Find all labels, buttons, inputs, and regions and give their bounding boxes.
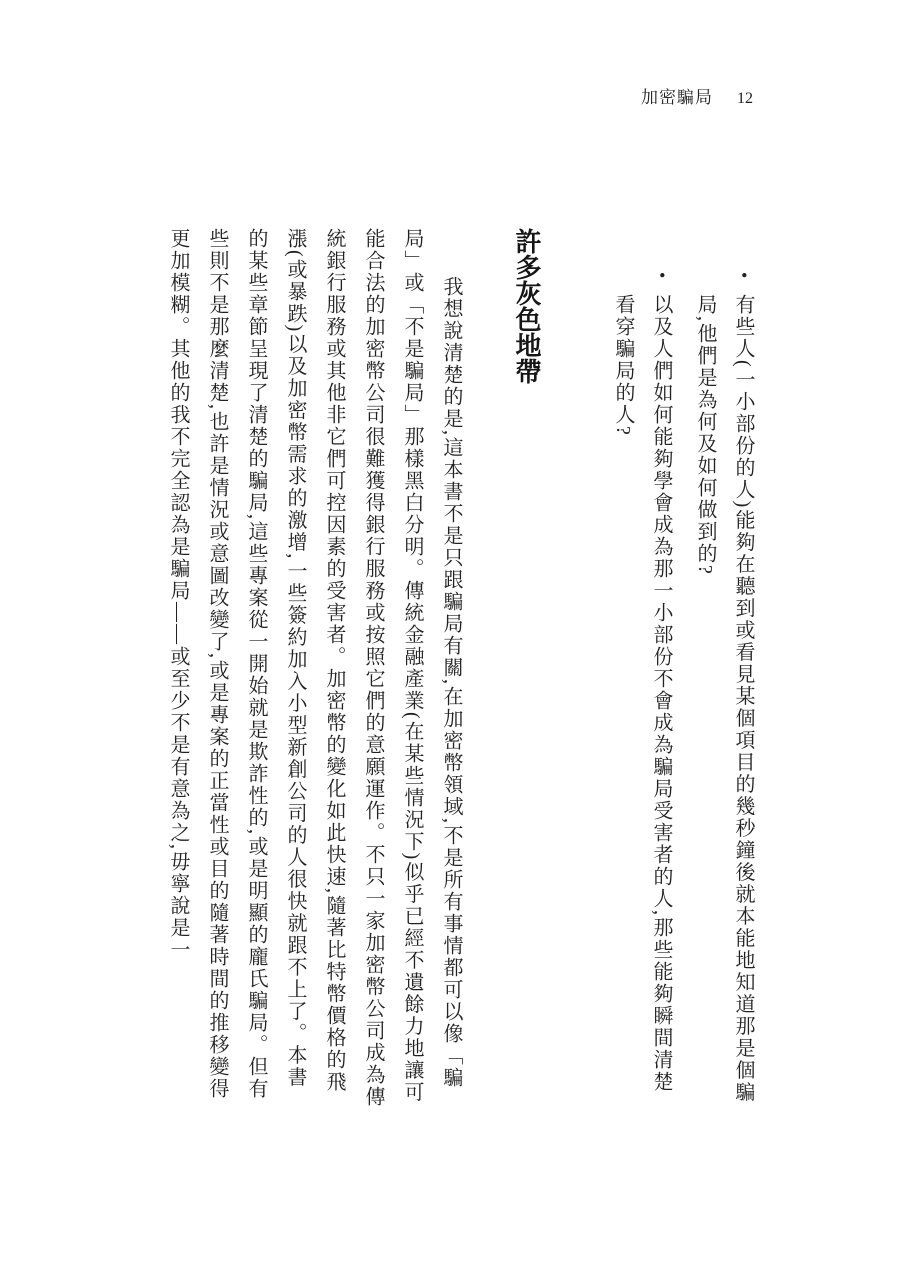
bullet-text: 以及人們如何能夠學會成為那一小部份不會成為騙局受害者的人,那些能夠瞬間清楚看穿騙… — [612, 294, 672, 1093]
bullet-marker-icon: • — [734, 272, 754, 278]
page-header: 加密騙局12 — [641, 88, 753, 108]
running-title: 加密騙局 — [641, 88, 713, 107]
page-body: •有些人(一小部份的人)能夠在聽到或看見某個項目的幾秒鐘後就本能地知道那是個騙局… — [137, 228, 762, 1110]
section-heading: 許多灰色地帶 — [504, 228, 548, 1110]
page-number: 12 — [737, 90, 753, 107]
body-paragraph: 我想說清楚的是,這本書不是只跟騙局有關,在加密幣領域,不是所有事情都可以像「騙局… — [158, 228, 470, 1110]
bullet-marker-icon: • — [652, 272, 672, 278]
bullet-item: •有些人(一小部份的人)能夠在聽到或看見某個項目的幾秒鐘後就本能地知道那是個騙局… — [686, 268, 762, 1110]
bullet-list: •有些人(一小部份的人)能夠在聽到或看見某個項目的幾秒鐘後就本能地知道那是個騙局… — [604, 228, 762, 1110]
bullet-item: •以及人們如何能夠學會成為那一小部份不會成為騙局受害者的人,那些能夠瞬間清楚看穿… — [604, 268, 680, 1110]
bullet-text: 有些人(一小部份的人)能夠在聽到或看見某個項目的幾秒鐘後就本能地知道那是個騙局,… — [694, 294, 754, 1103]
book-page: 加密騙局12 •有些人(一小部份的人)能夠在聽到或看見某個項目的幾秒鐘後就本能地… — [0, 0, 910, 1276]
